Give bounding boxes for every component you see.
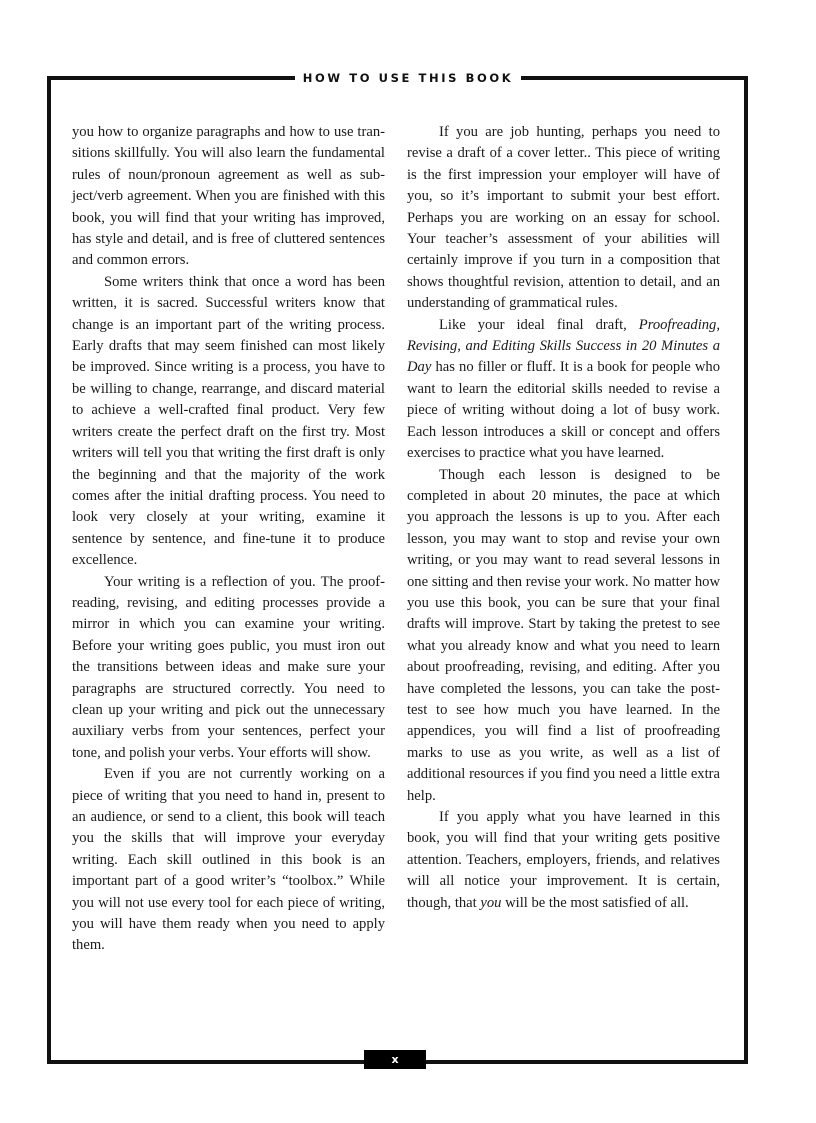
running-title: HOW TO USE THIS BOOK — [295, 70, 521, 86]
paragraph: If you apply what you have learned in th… — [407, 807, 720, 914]
text: Like your ideal final draft, — [439, 317, 639, 333]
emphasis: you — [480, 895, 501, 911]
paragraph: If you are job hunting, perhaps you need… — [407, 122, 720, 315]
running-header: HOW TO USE THIS BOOK — [0, 69, 816, 87]
text: has no filler or fluff. It is a book for… — [407, 359, 720, 461]
paragraph: Your writing is a reflection of you. The… — [72, 572, 385, 765]
left-column: you how to organize paragraphs and how t… — [72, 122, 385, 957]
paragraph: Some writers think that once a word has … — [72, 272, 385, 572]
page-number: x — [391, 1053, 398, 1066]
paragraph: Though each lesson is designed to be com… — [407, 465, 720, 808]
paragraph: Even if you are not currently working on… — [72, 764, 385, 957]
paragraph: Like your ideal final draft, Proofreadin… — [407, 315, 720, 465]
two-column-body: you how to organize paragraphs and how t… — [72, 122, 720, 957]
page-number-tab: x — [364, 1050, 426, 1069]
text: will be the most satisfied of all. — [501, 895, 688, 911]
paragraph-continued: you how to organize paragraphs and how t… — [72, 122, 385, 272]
right-column: If you are job hunting, perhaps you need… — [407, 122, 720, 957]
